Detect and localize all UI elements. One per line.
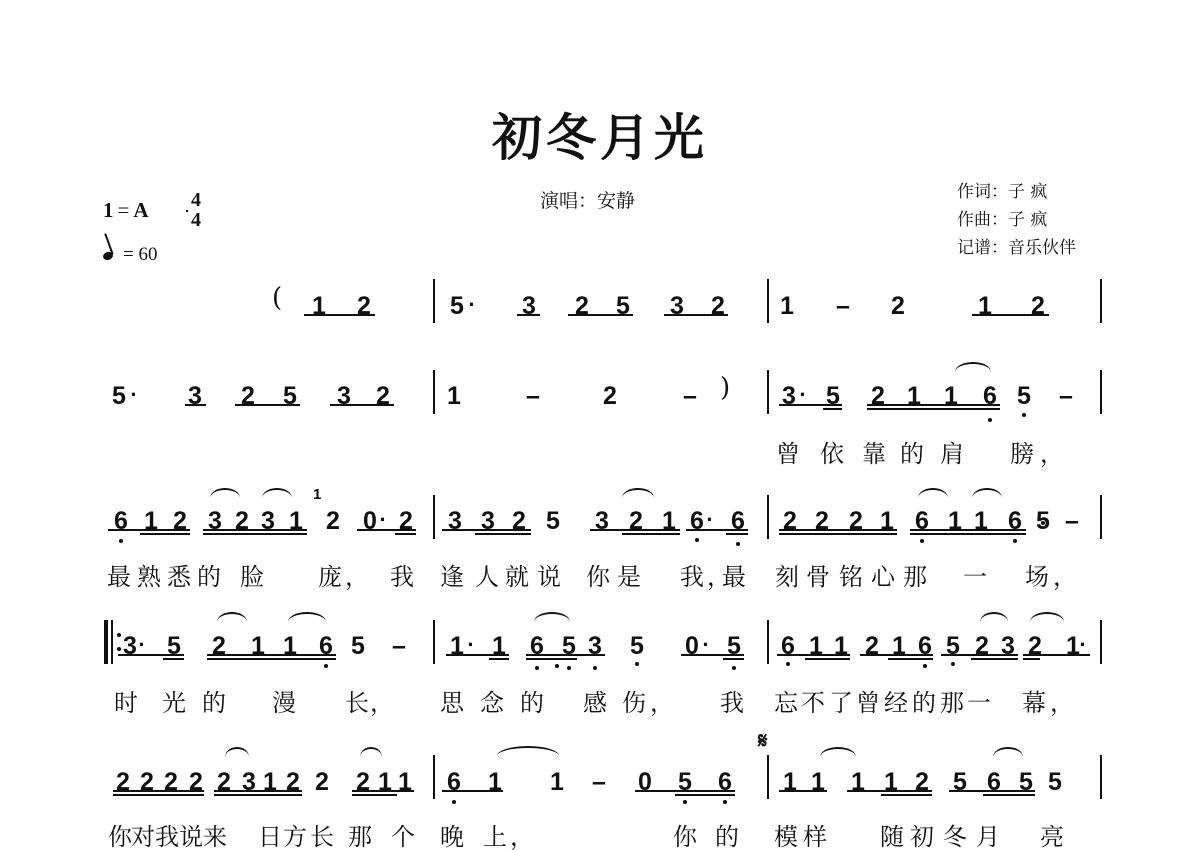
barline <box>1100 495 1102 539</box>
note: 2 <box>868 382 888 411</box>
note: 2 <box>113 768 133 797</box>
beam-underline <box>304 314 375 316</box>
lyric-char: 晚 <box>440 817 464 850</box>
time-sig-divider <box>186 210 188 212</box>
note: 6 <box>980 382 1000 411</box>
note: 3 <box>239 768 259 797</box>
octave-dot <box>567 666 571 670</box>
note: 6 <box>728 507 748 536</box>
lyric-char: 脸 <box>240 557 264 592</box>
segno-icon: 𝄋 <box>758 728 767 754</box>
beam-underline <box>779 533 897 535</box>
octave-dot <box>923 664 927 668</box>
lyric-char: 随 <box>880 817 904 850</box>
lyric-char: 上 <box>483 817 507 850</box>
lyric-char: 伤 <box>622 683 646 718</box>
lyric-char: 我 <box>680 557 704 592</box>
note: 2 <box>170 507 190 536</box>
beam-underline <box>163 658 184 660</box>
note: 6 <box>444 768 464 797</box>
lyric-char: 场 <box>1025 557 1049 592</box>
beam-underline <box>1023 658 1040 660</box>
note: 2 <box>238 382 258 411</box>
lyric-char: 膀 <box>1010 434 1034 469</box>
note: 2 <box>209 632 229 661</box>
lyric-char: 亮 <box>1040 817 1064 850</box>
note: 1 <box>777 292 797 321</box>
slur-tie <box>217 612 247 622</box>
note: 5 <box>543 507 563 536</box>
note: 1 <box>848 768 868 797</box>
octave-dot <box>695 538 699 542</box>
lyricist-credit: 作词：子 疯 <box>957 178 1076 206</box>
note: 2 <box>812 507 832 536</box>
beam-underline <box>726 533 748 535</box>
octave-dot <box>1013 539 1017 543</box>
key-signature: 1=A <box>103 198 149 223</box>
lyric-char: 模 <box>774 817 798 850</box>
augmentation-dot: · <box>129 382 139 408</box>
beam-underline <box>860 654 933 656</box>
composer-credit: 作曲：子 疯 <box>957 206 1076 234</box>
note: 5 <box>627 632 647 661</box>
lyric-char: ， <box>1040 434 1064 469</box>
note: 2 <box>780 507 800 536</box>
lyric-char: 初 <box>910 817 934 850</box>
beam-underline <box>352 794 397 796</box>
grace-note: 1 <box>313 486 321 503</box>
octave-dot <box>535 666 539 670</box>
note: 2 <box>323 507 343 536</box>
slur-tie <box>225 747 249 757</box>
slur-tie <box>1030 612 1064 622</box>
note: 2 <box>232 507 252 536</box>
beam-underline <box>113 794 204 796</box>
lyric-char: 长 <box>310 817 334 850</box>
octave-dot <box>1041 521 1045 525</box>
dash-extension: – <box>389 632 409 661</box>
lyric-char: 方 <box>283 817 307 850</box>
beam-underline <box>972 314 1049 316</box>
barline <box>767 620 769 664</box>
note: 1 <box>971 507 991 536</box>
slur-tie <box>288 612 326 622</box>
note: 5 <box>613 292 633 321</box>
note: 0 <box>635 768 655 797</box>
note: 2 <box>396 507 416 536</box>
note: 6 <box>778 632 798 661</box>
beam-underline <box>681 654 744 656</box>
lyric-char: 肩 <box>940 434 964 469</box>
lyric-char: 我 <box>720 683 744 718</box>
lyric-char: 庞 <box>318 557 342 592</box>
lyric-char: 对 <box>131 817 155 850</box>
note: 5 <box>823 382 843 411</box>
singer-credit: 演唱：安静 <box>540 186 635 213</box>
barline <box>104 620 108 664</box>
dash-extension: – <box>589 768 609 797</box>
note: 3 <box>592 507 612 536</box>
lyric-char: 依 <box>820 434 844 469</box>
octave-dot <box>732 666 736 670</box>
lyric-char: 幕 <box>1022 683 1046 718</box>
lyric-char: 就 <box>505 557 529 592</box>
beam-underline <box>207 654 336 656</box>
note: 1 <box>444 382 464 411</box>
tempo-marking: = 60 <box>103 244 157 266</box>
note: 1 <box>375 768 395 797</box>
note: 3 <box>667 292 687 321</box>
note: 2 <box>846 507 866 536</box>
beam-underline <box>489 658 509 660</box>
slur-tie <box>820 747 856 757</box>
transcriber-credit: 记谱：音乐伙伴 <box>957 234 1076 262</box>
lyric-char: 说 <box>179 817 203 850</box>
octave-dot <box>555 664 559 668</box>
lyric-char: 的 <box>900 434 924 469</box>
note: 0 <box>682 632 702 661</box>
lyric-char: 你 <box>673 817 697 850</box>
note: 2 <box>626 507 646 536</box>
note: 3 <box>519 292 539 321</box>
lyric-char: 说 <box>537 557 561 592</box>
note: 1 <box>447 632 467 661</box>
lyric-char: 一 <box>963 557 987 592</box>
close-parenthesis: ) <box>720 373 730 403</box>
note: 2 <box>312 768 332 797</box>
note: 2 <box>137 768 157 797</box>
note: 1 <box>780 768 800 797</box>
barline <box>433 370 435 414</box>
beam-underline <box>526 654 605 656</box>
note: 2 <box>354 292 374 321</box>
lyric-char: ， <box>1050 683 1074 718</box>
lyric-char: 你 <box>108 817 132 850</box>
octave-dot <box>452 800 456 804</box>
beam-underline <box>235 404 300 406</box>
lyric-char: 我 <box>155 817 179 850</box>
note: 5 <box>109 382 129 411</box>
lyric-char: 悉 <box>167 557 191 592</box>
octave-dot <box>683 800 687 804</box>
beam-underline <box>622 533 680 535</box>
lyric-char: ， <box>345 557 369 592</box>
lyric-char: 熟 <box>137 557 161 592</box>
lyric-char: 骨 <box>806 557 830 592</box>
slur-tie <box>360 747 382 757</box>
octave-dot <box>920 539 924 543</box>
beam-underline <box>867 404 1000 406</box>
beam-underline <box>185 404 206 406</box>
beam-underline <box>113 790 204 792</box>
note: 2 <box>1025 632 1045 661</box>
note: 1 <box>975 292 995 321</box>
note: 1 <box>286 507 306 536</box>
note: 1 <box>881 768 901 797</box>
note: 5 <box>348 632 368 661</box>
octave-dot <box>635 662 639 666</box>
beam-underline <box>779 529 897 531</box>
song-title: 初冬月光 <box>0 98 1200 170</box>
barline <box>111 620 113 664</box>
augmentation-dot: · <box>467 292 477 318</box>
beam-underline <box>777 654 850 656</box>
lyric-char: 是 <box>617 557 641 592</box>
barline <box>433 620 435 664</box>
lyric-char: 的 <box>715 817 739 850</box>
note: 1 <box>831 632 851 661</box>
lyric-char: 靠 <box>862 434 886 469</box>
lyric-char: 忘 <box>774 683 798 718</box>
barline <box>767 495 769 539</box>
key-value: A <box>133 198 148 222</box>
beam-underline <box>910 533 1026 535</box>
note: 3 <box>779 382 799 411</box>
repeat-dot <box>117 647 121 651</box>
key-degree: 1 <box>103 198 114 222</box>
beam-underline <box>949 790 1035 792</box>
dash-extension: – <box>833 292 853 321</box>
note: 1 <box>547 768 567 797</box>
slur-tie <box>918 488 948 498</box>
lyric-char: 的 <box>202 683 226 718</box>
lyric-char: 了 <box>829 683 853 718</box>
octave-dot <box>988 418 992 422</box>
beam-underline <box>108 529 190 531</box>
beam-underline <box>442 790 503 792</box>
barline <box>433 755 435 799</box>
beam-underline <box>214 790 302 792</box>
note: 1 <box>806 632 826 661</box>
beam-underline <box>971 658 1018 660</box>
barline <box>1100 620 1102 664</box>
barline <box>433 279 435 323</box>
lyric-char: 曾 <box>856 683 880 718</box>
note: 1 <box>260 768 280 797</box>
lyric-char: 人 <box>475 557 499 592</box>
beam-underline <box>881 794 932 796</box>
key-equals: = <box>118 198 130 222</box>
slur-tie <box>980 612 1008 622</box>
lyric-char: 样 <box>803 817 827 850</box>
lyric-char: 日 <box>258 817 282 850</box>
beam-underline <box>723 658 744 660</box>
octave-dot <box>723 800 727 804</box>
note: 6 <box>1005 507 1025 536</box>
note: 5 <box>559 632 579 661</box>
beam-underline <box>590 529 680 531</box>
note: 3 <box>998 632 1018 661</box>
note: 2 <box>186 768 206 797</box>
beam-underline <box>203 529 307 531</box>
note: 5 <box>1016 768 1036 797</box>
tempo-equals: = <box>123 244 134 265</box>
beam-underline <box>1023 654 1090 656</box>
beam-underline <box>664 314 728 316</box>
note: 1 <box>485 768 505 797</box>
note: 5 <box>950 768 970 797</box>
slur-tie <box>210 488 240 498</box>
note: 6 <box>111 507 131 536</box>
beam-underline <box>118 654 184 656</box>
beam-underline <box>867 408 1000 410</box>
beam-underline <box>888 658 933 660</box>
slur-tie <box>972 488 1002 498</box>
slur-tie <box>262 488 292 498</box>
octave-dot <box>736 542 740 546</box>
note: 1 <box>395 768 415 797</box>
lyric-char: 不 <box>801 683 825 718</box>
time-sig-top: 4 <box>186 190 206 210</box>
slur-tie <box>534 612 570 622</box>
note: 2 <box>214 768 234 797</box>
note: 1 <box>280 632 300 661</box>
note: 1 <box>659 507 679 536</box>
barline <box>767 279 769 323</box>
lyric-char: 心 <box>871 557 895 592</box>
octave-dot <box>1022 413 1026 417</box>
beam-underline <box>207 658 336 660</box>
note: 2 <box>1028 292 1048 321</box>
barline <box>1100 279 1102 323</box>
lyric-char: ， <box>650 683 674 718</box>
beam-underline <box>568 314 633 316</box>
beam-underline <box>517 314 540 316</box>
note: 5 <box>675 768 695 797</box>
octave-dot <box>786 662 790 666</box>
note: 6 <box>984 768 1004 797</box>
octave-dot <box>324 664 328 668</box>
lyric-char: 光 <box>162 683 186 718</box>
slur-tie <box>955 362 991 372</box>
note: 1 <box>808 768 828 797</box>
lyric-char: ， <box>370 683 394 718</box>
note: 2 <box>600 382 620 411</box>
lyric-char: 思 <box>440 683 464 718</box>
lyric-char: 的 <box>912 683 936 718</box>
note: 2 <box>283 768 303 797</box>
lyric-char: 念 <box>480 683 504 718</box>
note: 2 <box>888 292 908 321</box>
beam-underline <box>779 790 827 792</box>
time-signature: 4 4 <box>186 190 206 230</box>
note: 1 <box>248 632 268 661</box>
beam-underline <box>675 794 735 796</box>
lyric-char: 你 <box>586 557 610 592</box>
lyric-char: ， <box>1053 557 1077 592</box>
note: 1 <box>141 507 161 536</box>
note: 2 <box>572 292 592 321</box>
note: 6 <box>527 632 547 661</box>
lyric-char: 冬 <box>943 817 967 850</box>
note: 1 <box>889 632 909 661</box>
note: 3 <box>205 507 225 536</box>
octave-dot <box>119 539 123 543</box>
beam-underline <box>983 794 1035 796</box>
lyric-char: 来 <box>203 817 227 850</box>
octave-dot <box>593 666 597 670</box>
beam-underline <box>395 533 416 535</box>
note: 2 <box>373 382 393 411</box>
lyric-char: 的 <box>520 683 544 718</box>
slur-tie <box>622 488 654 498</box>
beam-underline <box>475 533 531 535</box>
lyric-char: 感 <box>583 683 607 718</box>
note: 6 <box>687 507 707 536</box>
lyric-char: 逢 <box>440 557 464 592</box>
lyric-char: 经 <box>884 683 908 718</box>
dash-extension: – <box>523 382 543 411</box>
note: 2 <box>708 292 728 321</box>
barline <box>1100 755 1102 799</box>
note: 1 <box>877 507 897 536</box>
note: 5 <box>724 632 744 661</box>
note: 5 <box>280 382 300 411</box>
note: 6 <box>912 507 932 536</box>
lyric-char: 漫 <box>272 683 296 718</box>
beam-underline <box>635 790 735 792</box>
lyric-char: 最 <box>107 557 131 592</box>
note: 5 <box>447 292 467 321</box>
open-parenthesis: ( <box>272 283 282 313</box>
dash-extension: – <box>1062 507 1082 536</box>
note: 3 <box>585 632 605 661</box>
beam-underline <box>140 533 190 535</box>
note: 2 <box>862 632 882 661</box>
credits-block: 作词：子 疯 作曲：子 疯 记谱：音乐伙伴 <box>957 178 1076 262</box>
note: 2 <box>161 768 181 797</box>
barline <box>1100 370 1102 414</box>
beam-underline <box>442 529 531 531</box>
note: 5 <box>943 632 963 661</box>
beam-underline <box>910 529 1026 531</box>
slur-tie <box>993 747 1023 757</box>
note: 2 <box>972 632 992 661</box>
beam-underline <box>805 658 850 660</box>
lyric-char: 时 <box>114 683 138 718</box>
note: 2 <box>353 768 373 797</box>
beam-underline <box>526 658 577 660</box>
note: 3 <box>334 382 354 411</box>
beam-underline <box>446 654 509 656</box>
lyric-char: 那 <box>903 557 927 592</box>
lyric-char: 那 <box>348 817 372 850</box>
note: 1 <box>309 292 329 321</box>
lyric-char: 的 <box>197 557 221 592</box>
octave-dot <box>951 662 955 666</box>
note: 3 <box>478 507 498 536</box>
note: 6 <box>715 768 735 797</box>
lyric-char: 曾 <box>776 434 800 469</box>
lyric-char: 最 <box>722 557 746 592</box>
note: 6 <box>915 632 935 661</box>
lyric-char: 长 <box>345 683 369 718</box>
beam-underline <box>214 794 302 796</box>
dash-extension: – <box>680 382 700 411</box>
lyric-char: 刻 <box>775 557 799 592</box>
note: 3 <box>258 507 278 536</box>
beam-underline <box>203 533 307 535</box>
note: 1 <box>945 507 965 536</box>
beam-underline <box>357 529 416 531</box>
note: 5 <box>1014 382 1034 411</box>
beam-underline <box>779 404 842 406</box>
lyric-char: ， <box>510 817 534 850</box>
lyric-char: 一 <box>967 683 991 718</box>
note: 0 <box>360 507 380 536</box>
lyric-char: 我 <box>390 557 414 592</box>
slur-tie <box>497 746 559 756</box>
